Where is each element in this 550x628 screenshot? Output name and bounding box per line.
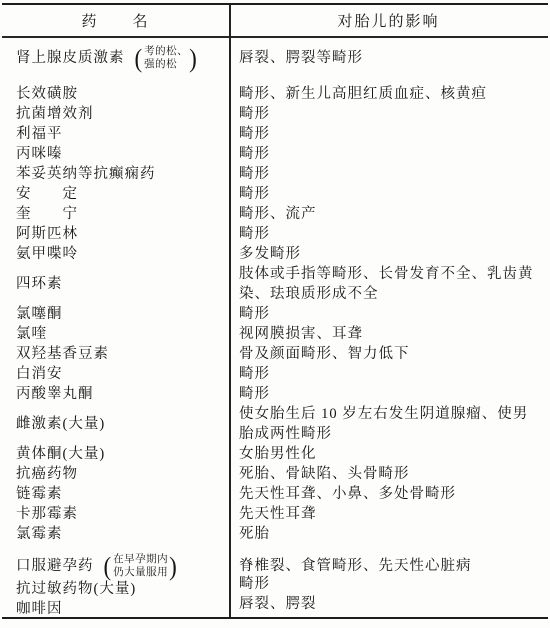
drug-name-cell: 氯喹 — [2, 324, 229, 344]
fetal-effect-cell: 女胎男性化 — [229, 444, 548, 464]
table-row: 链霉素先天性耳聋、小鼻、多处骨畸形 — [2, 484, 548, 504]
drug-name-cell: 白消安 — [2, 364, 229, 384]
close-paren: ) — [168, 553, 179, 579]
table-row: 白消安畸形 — [2, 364, 548, 384]
table-row: 雌激素(大量)使女胎生后 10 岁左右发生阴道腺瘤、使男胎成两性畸形 — [2, 404, 548, 444]
drug-name-cell: 长效磺胺 — [2, 84, 229, 104]
table-row: 氨甲喋呤多发畸形 — [2, 244, 548, 264]
drug-name-text: 丙咪嗪 — [16, 144, 63, 164]
table-row: 氯噻酮畸形 — [2, 304, 548, 324]
drug-name-cell: 雌激素(大量) — [2, 414, 229, 434]
fetal-effect-cell: 畸形 — [229, 164, 548, 184]
drug-effects-table: 药 名 对胎儿的影响 肾上腺皮质激素(考的松、强的松)唇裂、腭裂等畸形长效磺胺畸… — [2, 3, 548, 619]
fetal-effect-cell: 畸形 — [229, 364, 548, 384]
drug-name-text: 利福平 — [16, 124, 63, 144]
column-divider — [229, 5, 231, 617]
fetal-effect-cell: 畸形、新生儿高胆红质血症、核黄疸 — [229, 84, 548, 104]
drug-name-cell: 苯妥英纳等抗癫痫药 — [2, 164, 229, 184]
header-fetal-effect: 对胎儿的影响 — [229, 10, 548, 31]
drug-name-cell: 口服避孕药(在早孕期内仍大量服用) — [2, 553, 229, 579]
fetal-effect-cell: 肢体或手指等畸形、长骨发育不全、乳齿黄染、珐琅质形成不全 — [229, 264, 548, 304]
table-row: 氯喹视网膜损害、耳聋 — [2, 324, 548, 344]
drug-name-cell: 双羟基香豆素 — [2, 344, 229, 364]
header-drug-name: 药 名 — [2, 10, 229, 31]
fetal-effect-cell: 唇裂、腭裂等畸形 — [229, 48, 548, 68]
drug-name-text: 黄体酮(大量) — [16, 444, 105, 464]
table-row: 肾上腺皮质激素(考的松、强的松)唇裂、腭裂等畸形 — [2, 45, 548, 71]
fetal-effect-cell: 畸形 — [229, 304, 548, 324]
drug-name-cell: 阿斯匹林 — [2, 224, 229, 244]
drug-name-text: 阿斯匹林 — [16, 224, 78, 244]
drug-name-cell: 丙咪嗪 — [2, 144, 229, 164]
table-row: 苯妥英纳等抗癫痫药畸形 — [2, 164, 548, 184]
table-row: 咖啡因唇裂、腭裂 — [2, 599, 548, 619]
table-row: 四环素肢体或手指等畸形、长骨发育不全、乳齿黄染、珐琅质形成不全 — [2, 264, 548, 304]
table-row: 安 定畸形 — [2, 184, 548, 204]
parenthetical-lines: 在早孕期内仍大量服用 — [113, 553, 168, 579]
drug-name-text: 苯妥英纳等抗癫痫药 — [16, 164, 156, 184]
fetal-effect-cell: 先天性耳聋、小鼻、多处骨畸形 — [229, 484, 548, 504]
open-paren: ( — [134, 45, 145, 71]
drug-name-cell: 丙酸睾丸酮 — [2, 384, 229, 404]
fetal-effect-cell: 畸形 — [229, 124, 548, 144]
drug-name-text: 氯噻酮 — [16, 304, 63, 324]
drug-name-text: 口服避孕药 — [16, 556, 94, 576]
table-header-row: 药 名 对胎儿的影响 — [2, 5, 548, 38]
drug-name-text: 氨甲喋呤 — [16, 244, 78, 264]
drug-name-text: 抗菌增效剂 — [16, 104, 94, 124]
drug-name-text: 氯喹 — [16, 324, 47, 344]
drug-name-text: 白消安 — [16, 364, 63, 384]
drug-name-cell: 抗过敏药物(大量) — [2, 579, 229, 599]
drug-name-text: 双羟基香豆素 — [16, 344, 109, 364]
fetal-effect-cell: 脊椎裂、食管畸形、先天性心脏病 — [229, 556, 548, 576]
drug-name-text: 雌激素(大量) — [16, 414, 105, 434]
table-row: 长效磺胺畸形、新生儿高胆红质血症、核黄疸 — [2, 84, 548, 104]
fetal-effect-cell: 先天性耳聋 — [229, 504, 548, 524]
stacked-parenthetical: (在早孕期内仍大量服用) — [103, 553, 179, 579]
drug-name-text: 咖啡因 — [16, 599, 63, 619]
table-row: 抗菌增效剂畸形 — [2, 104, 548, 124]
table-row: 双羟基香豆素骨及颜面畸形、智力低下 — [2, 344, 548, 364]
drug-name-text: 肾上腺皮质激素 — [16, 48, 125, 68]
drug-name-cell: 利福平 — [2, 124, 229, 144]
drug-name-cell: 抗菌增效剂 — [2, 104, 229, 124]
drug-name-cell: 肾上腺皮质激素(考的松、强的松) — [2, 45, 229, 71]
table-row: 丙咪嗪畸形 — [2, 144, 548, 164]
drug-name-cell: 四环素 — [2, 274, 229, 294]
table-body: 肾上腺皮质激素(考的松、强的松)唇裂、腭裂等畸形长效磺胺畸形、新生儿高胆红质血症… — [2, 38, 548, 619]
table-row: 奎 宁畸形、流产 — [2, 204, 548, 224]
fetal-effect-cell: 多发畸形 — [229, 244, 548, 264]
drug-name-text: 氯霉素 — [16, 524, 63, 544]
drug-name-text: 四环素 — [16, 274, 63, 294]
drug-name-cell: 氯噻酮 — [2, 304, 229, 324]
drug-name-cell: 氨甲喋呤 — [2, 244, 229, 264]
fetal-effect-cell: 使女胎生后 10 岁左右发生阴道腺瘤、使男胎成两性畸形 — [229, 404, 548, 444]
fetal-effect-cell: 视网膜损害、耳聋 — [229, 324, 548, 344]
drug-name-text: 抗过敏药物(大量) — [16, 579, 136, 599]
open-paren: ( — [103, 553, 114, 579]
fetal-effect-cell: 死胎、骨缺陷、头骨畸形 — [229, 464, 548, 484]
fetal-effect-cell: 骨及颜面畸形、智力低下 — [229, 344, 548, 364]
drug-name-text: 链霉素 — [16, 484, 63, 504]
scanned-document-page: 药 名 对胎儿的影响 肾上腺皮质激素(考的松、强的松)唇裂、腭裂等畸形长效磺胺畸… — [0, 0, 550, 628]
drug-name-cell: 黄体酮(大量) — [2, 444, 229, 464]
table-row: 抗癌药物死胎、骨缺陷、头骨畸形 — [2, 464, 548, 484]
drug-name-cell: 奎 宁 — [2, 204, 229, 224]
drug-name-cell: 安 定 — [2, 184, 229, 204]
drug-name-cell: 链霉素 — [2, 484, 229, 504]
parenthetical-line: 考的松、 — [144, 45, 188, 58]
parenthetical-lines: 考的松、强的松 — [144, 45, 188, 71]
fetal-effect-cell: 畸形 — [229, 144, 548, 164]
table-row: 利福平畸形 — [2, 124, 548, 144]
drug-name-text: 奎 宁 — [16, 204, 78, 224]
stacked-parenthetical: (考的松、强的松) — [134, 45, 199, 71]
fetal-effect-cell: 唇裂、腭裂 — [229, 594, 548, 614]
fetal-effect-cell: 死胎 — [229, 524, 548, 544]
close-paren: ) — [188, 45, 199, 71]
drug-name-text: 安 定 — [16, 184, 78, 204]
drug-name-text: 抗癌药物 — [16, 464, 78, 484]
drug-name-cell: 卡那霉素 — [2, 504, 229, 524]
fetal-effect-cell: 畸形 — [229, 104, 548, 124]
drug-name-text: 长效磺胺 — [16, 84, 78, 104]
drug-name-cell: 氯霉素 — [2, 524, 229, 544]
parenthetical-line: 强的松 — [144, 58, 188, 71]
fetal-effect-cell: 畸形 — [229, 184, 548, 204]
fetal-effect-cell: 畸形 — [229, 574, 548, 594]
fetal-effect-cell: 畸形 — [229, 224, 548, 244]
parenthetical-line: 仍大量服用 — [113, 566, 168, 579]
table-row: 丙酸睾丸酮畸形 — [2, 384, 548, 404]
table-row: 阿斯匹林畸形 — [2, 224, 548, 244]
fetal-effect-cell: 畸形 — [229, 384, 548, 404]
drug-name-cell: 咖啡因 — [2, 599, 229, 619]
table-row: 氯霉素死胎 — [2, 524, 548, 544]
table-row: 黄体酮(大量)女胎男性化 — [2, 444, 548, 464]
table-row: 卡那霉素先天性耳聋 — [2, 504, 548, 524]
drug-name-text: 卡那霉素 — [16, 504, 78, 524]
drug-name-cell: 抗癌药物 — [2, 464, 229, 484]
parenthetical-line: 在早孕期内 — [113, 553, 168, 566]
fetal-effect-cell: 畸形、流产 — [229, 204, 548, 224]
drug-name-text: 丙酸睾丸酮 — [16, 384, 94, 404]
